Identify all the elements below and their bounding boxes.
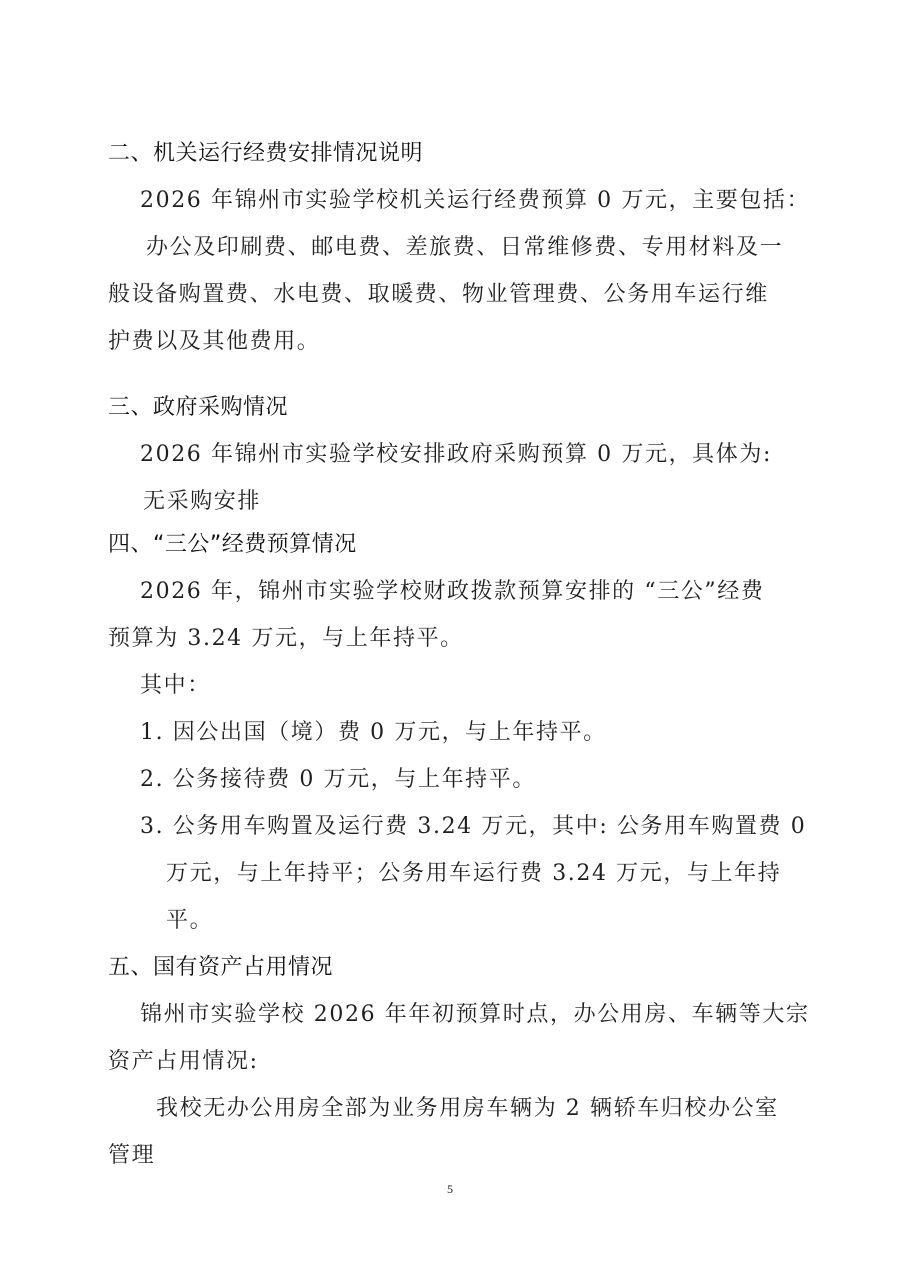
page-number: 5: [0, 1182, 900, 1197]
paragraph-line: 2026 年锦州市实验学校安排政府采购预算 0 万元，具体为:: [140, 440, 772, 470]
paragraph-line: 无采购安排: [143, 487, 261, 517]
document-page: 二、机关运行经费安排情况说明 2026 年锦州市实验学校机关运行经费预算 0 万…: [0, 0, 900, 1273]
section-heading-operating-expenses: 二、机关运行经费安排情况说明: [108, 139, 423, 169]
list-item-line: 1. 因公出国（境）费 0 万元，与上年持平。: [140, 718, 607, 748]
paragraph-line: 护费以及其他费用。: [108, 327, 320, 357]
list-item-line: 2. 公务接待费 0 万元，与上年持平。: [140, 765, 536, 795]
list-item-line: 万元，与上年持平；公务用车运行费 3.24 万元，与上年持: [166, 859, 781, 889]
section-heading-government-procurement: 三、政府采购情况: [108, 393, 288, 423]
list-item-line: 平。: [166, 906, 213, 936]
paragraph-line: 办公及印刷费、邮电费、差旅费、日常维修费、专用材料及一: [146, 233, 783, 263]
paragraph-line: 般设备购置费、水电费、取暖费、物业管理费、公务用车运行维: [108, 280, 769, 310]
paragraph-line: 其中：: [140, 671, 211, 701]
paragraph-line: 锦州市实验学校 2026 年年初预算时点，办公用房、车辆等大宗: [140, 1000, 810, 1030]
paragraph-line: 我校无办公用房全部为业务用房车辆为 2 辆轿车归校办公室: [156, 1094, 779, 1124]
paragraph-line: 管理: [108, 1141, 155, 1171]
paragraph-line: 2026 年，锦州市实验学校财政拨款预算安排的 “三公”经费: [140, 577, 764, 607]
paragraph-line: 预算为 3.24 万元，与上年持平。: [108, 624, 464, 654]
section-heading-state-assets: 五、国有资产占用情况: [108, 953, 333, 983]
paragraph-line: 资产占用情况:: [108, 1047, 259, 1077]
paragraph-line: 2026 年锦州市实验学校机关运行经费预算 0 万元，主要包括：: [140, 186, 810, 216]
section-heading-three-public-expenses: 四、“三公”经费预算情况: [108, 530, 357, 560]
list-item-line: 3. 公务用车购置及运行费 3.24 万元，其中: 公务用车购置费 0: [140, 812, 806, 842]
